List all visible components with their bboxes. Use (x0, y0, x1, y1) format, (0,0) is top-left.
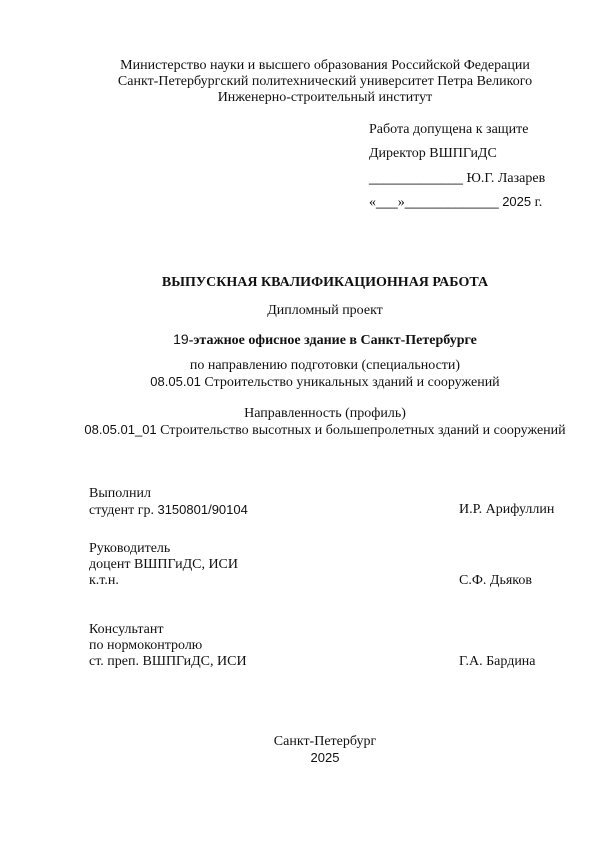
specialty-line: 08.05.01 Строительство уникальных зданий… (0, 374, 595, 391)
organization-header: Министерство науки и высшего образования… (0, 58, 595, 106)
profile-name: Строительство высотных и большепролетных… (160, 423, 565, 438)
supervisor-name: С.Ф. Дьяков (459, 573, 532, 589)
approval-date-line: «___»_____________ 2025 г. (369, 194, 542, 211)
date-month-blank: _____________ (405, 194, 499, 209)
student-name: И.Р. Арифуллин (459, 502, 554, 518)
work-type-title: ВЫПУСКНАЯ КВАЛИФИКАЦИОННАЯ РАБОТА (0, 275, 595, 291)
supervisor-position: доцент ВШПГиДС, ИСИ (89, 557, 238, 573)
ministry-name: Министерство науки и высшего образования… (0, 58, 595, 74)
director-title: Директор ВШПГиДС (369, 146, 497, 162)
approval-year: 2025 (502, 194, 531, 209)
signature-supervisor: Руководитель доцент ВШПГиДС, ИСИ к.т.н. (89, 541, 238, 589)
director-name: Ю.Г. Лазарев (467, 171, 546, 186)
institute-name: Инженерно-строительный институт (0, 90, 595, 106)
signature-consultant: Консультант по нормоконтролю ст. преп. В… (89, 622, 247, 670)
date-close-quote: » (398, 195, 405, 210)
profile-label: Направленность (профиль) (0, 406, 595, 422)
year-suffix: г. (535, 195, 543, 210)
work-subtitle: Дипломный проект (0, 303, 595, 319)
consultant-position: ст. преп. ВШПГиДС, ИСИ (89, 654, 247, 670)
student-group: 3150801/90104 (157, 502, 247, 517)
supervisor-degree: к.т.н. (89, 573, 238, 589)
specialty-name: Строительство уникальных зданий и сооруж… (204, 375, 499, 390)
date-day-blank: ___ (376, 194, 398, 209)
supervisor-role: Руководитель (89, 541, 238, 557)
footer-year: 2025 (0, 750, 595, 766)
project-topic: 19-этажное офисное здание в Санкт-Петерб… (0, 331, 595, 349)
profile-code: 08.05.01_01 (84, 422, 156, 437)
consultant-role: Консультант (89, 622, 247, 638)
student-role: Выполнил (89, 486, 248, 502)
specialty-block: по направлению подготовки (специальности… (0, 358, 595, 391)
date-open-quote: « (369, 195, 376, 210)
topic-text: -этажное офисное здание в Санкт-Петербур… (189, 333, 477, 348)
consultant-name: Г.А. Бардина (459, 654, 536, 670)
student-group-line: студент гр. 3150801/90104 (89, 502, 248, 519)
topic-number: 19 (173, 331, 189, 347)
university-name: Санкт-Петербургский политехнический унив… (0, 74, 595, 90)
signature-student: Выполнил студент гр. 3150801/90104 (89, 486, 248, 519)
approval-statement: Работа допущена к защите (369, 122, 528, 138)
footer-block: Санкт-Петербург 2025 (0, 734, 595, 766)
consultant-role-detail: по нормоконтролю (89, 638, 247, 654)
profile-block: Направленность (профиль) 08.05.01_01 Стр… (0, 406, 595, 439)
director-signature-line: _____________ Ю.Г. Лазарев (369, 170, 545, 187)
specialty-label: по направлению подготовки (специальности… (0, 358, 595, 374)
signature-blank: _____________ (369, 170, 463, 185)
footer-city: Санкт-Петербург (0, 734, 595, 750)
specialty-code: 08.05.01 (150, 374, 201, 389)
student-position-prefix: студент гр. (89, 503, 154, 518)
profile-line: 08.05.01_01 Строительство высотных и бол… (0, 422, 595, 439)
